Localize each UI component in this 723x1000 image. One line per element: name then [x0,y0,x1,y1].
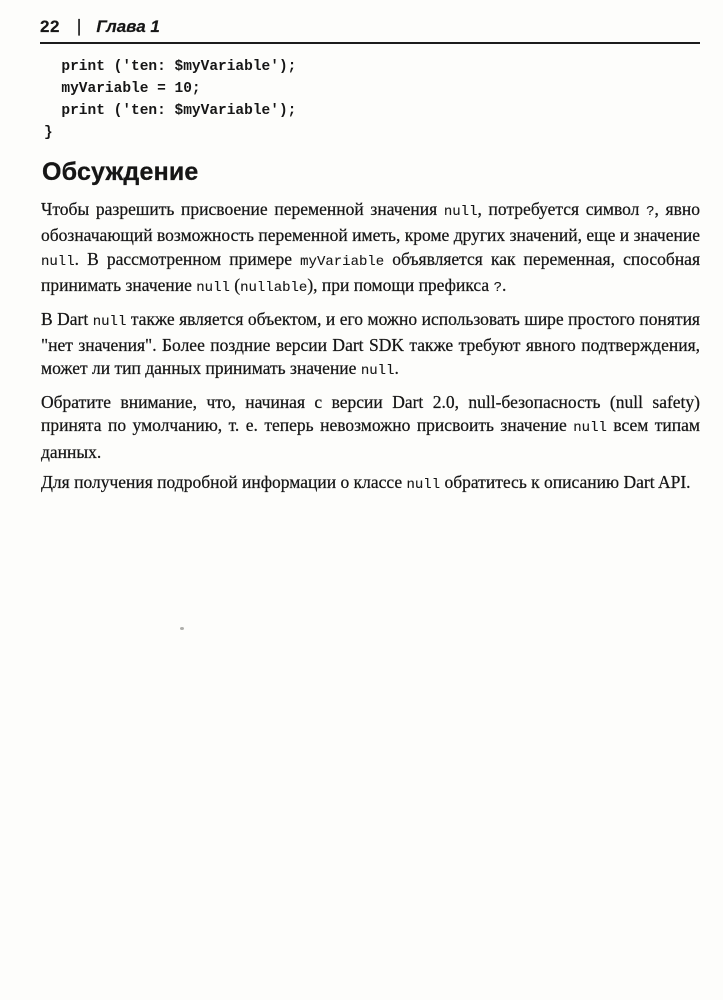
text-run: ( [230,275,240,295]
code-term: nullable [240,280,307,296]
text-run: В Dart [41,309,93,329]
code-term: myVariable [300,254,384,270]
code-line: print ('ten: $myVariable'); [44,56,296,78]
code-line: print ('ten: $myVariable'); [44,100,296,122]
text-run: . [394,358,398,378]
body-text: Чтобы разрешить присвоение переменной зн… [41,198,700,504]
code-term: null [573,420,607,436]
text-run: обратитесь к описанию Dart API. [440,472,690,492]
text-run: ), при помощи префикса [307,275,493,295]
page-number: 22 [40,17,60,37]
code-term: ? [494,280,502,296]
code-term: null [93,314,127,330]
page-header: 22 | Глава 1 [40,17,700,44]
chapter-title: Глава 1 [96,17,160,37]
code-line: myVariable = 10; [44,78,296,100]
text-run: . В рассмотренном примере [75,249,301,269]
code-line: } [44,122,296,144]
text-run: , потребуется символ [477,199,646,219]
text-run: Чтобы разрешить присвоение переменной зн… [41,199,444,219]
code-term: null [444,204,478,220]
text-run: . [502,275,506,295]
paragraph: В Dart null также является объектом, и е… [41,308,700,384]
book-page: 22 | Глава 1 print ('ten: $myVariable');… [0,0,723,1000]
paragraph: Обратите внимание, что, начиная с версии… [41,391,700,464]
scan-speck-artifact [180,627,184,630]
code-block: print ('ten: $myVariable'); myVariable =… [44,56,296,144]
code-term: null [406,477,440,493]
code-term: null [41,254,75,270]
paragraph: Для получения подробной информации о кла… [41,471,700,497]
text-run: Для получения подробной информации о кла… [41,472,406,492]
section-heading: Обсуждение [42,157,199,187]
header-separator: | [77,17,81,38]
paragraph: Чтобы разрешить присвоение переменной зн… [41,198,700,301]
code-term: null [196,280,230,296]
code-term: null [361,363,395,379]
